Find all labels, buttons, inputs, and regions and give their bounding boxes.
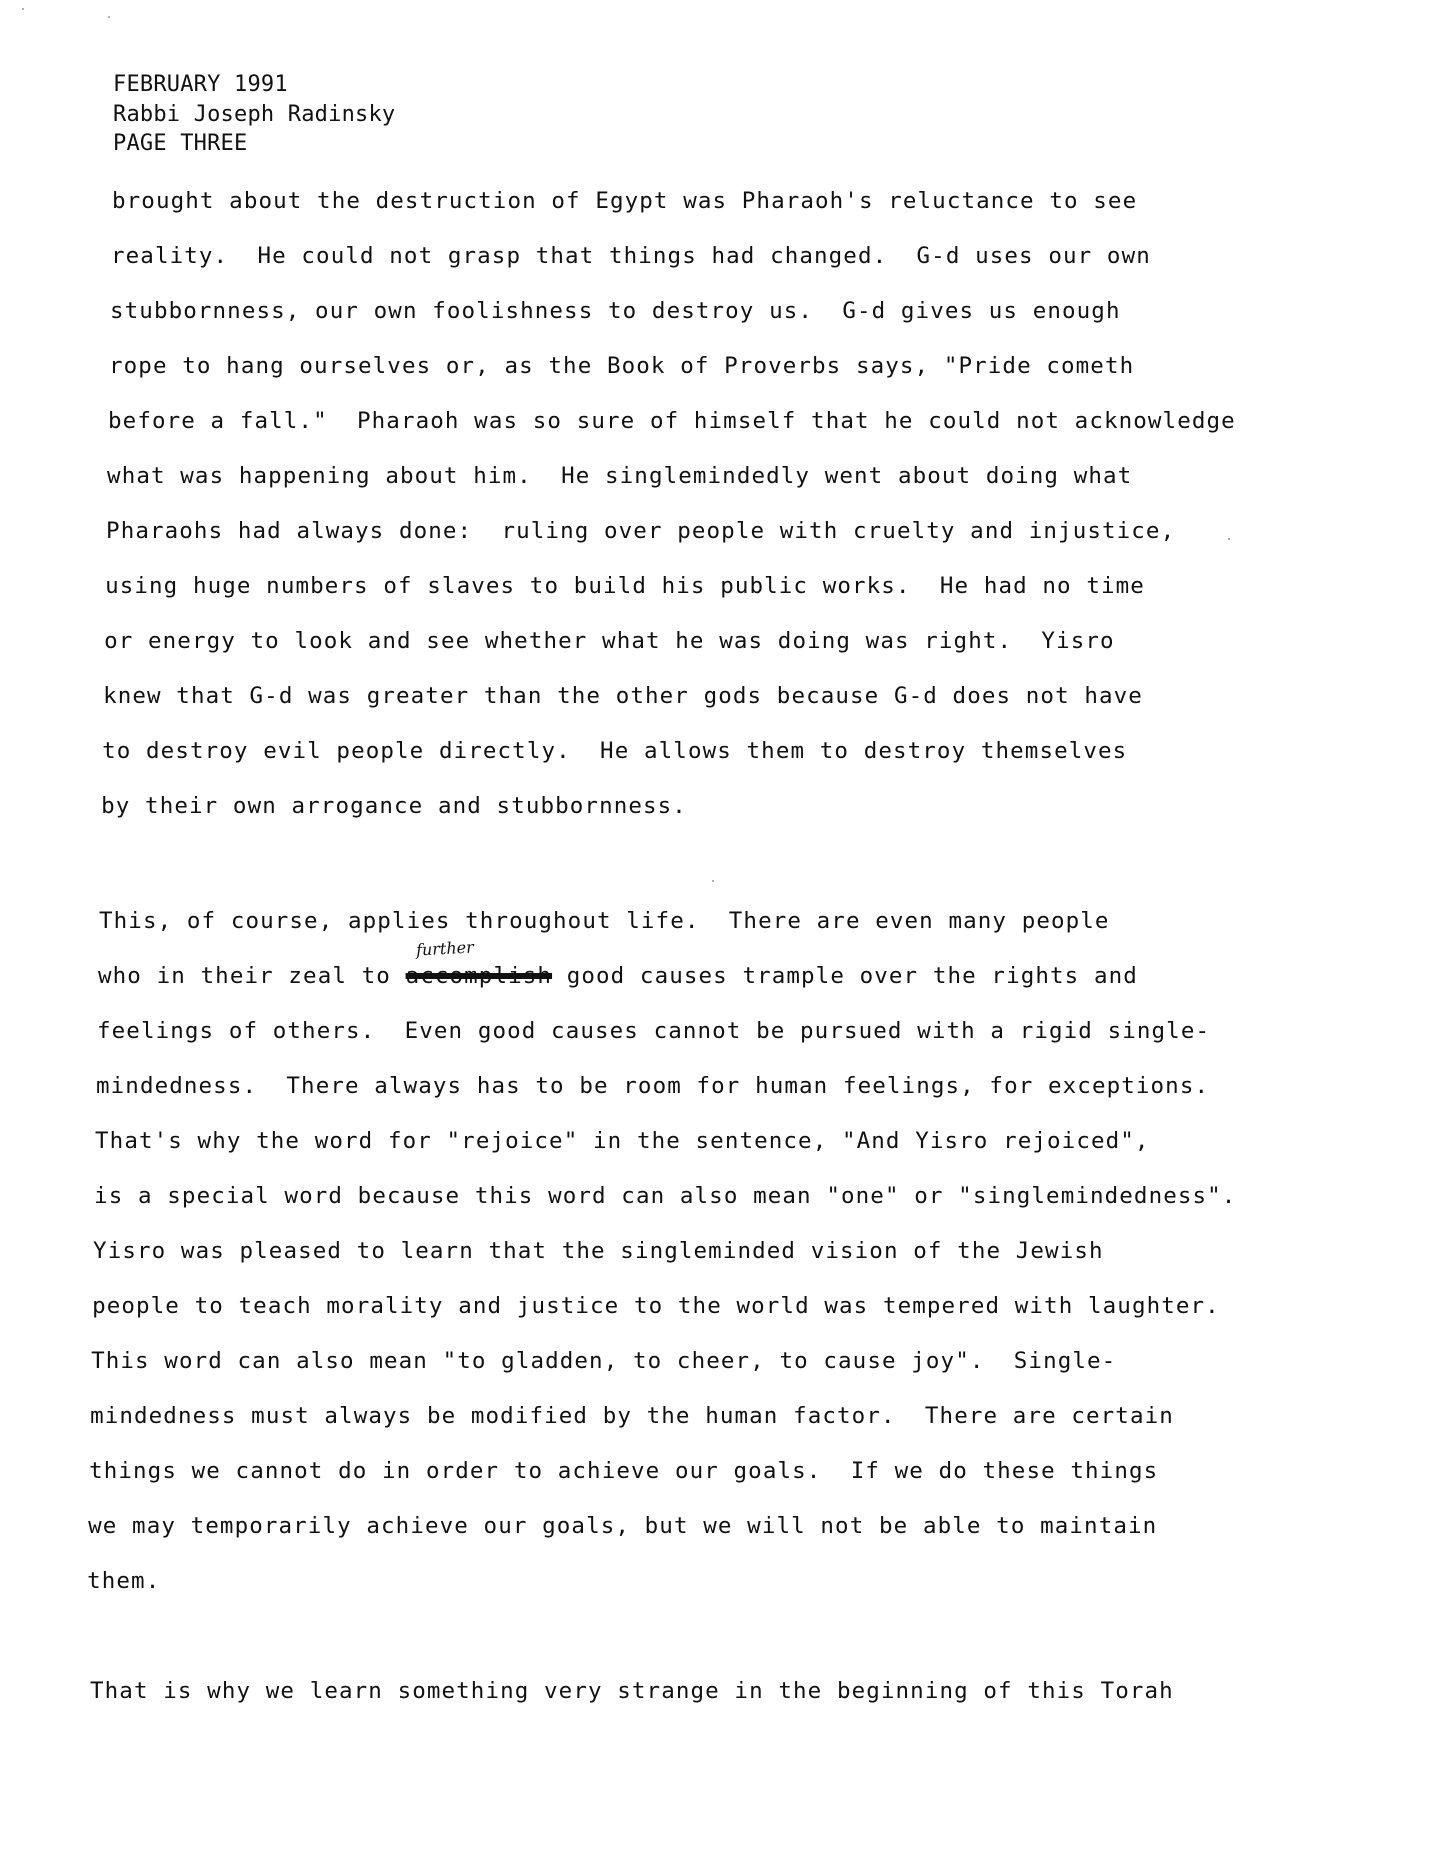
handwritten-edit: accomplishfurther: [406, 963, 552, 989]
text-line: things we cannot do in order to achieve …: [89, 1458, 1158, 1484]
text-segment: good causes trample over the rights and: [552, 963, 1138, 989]
struck-out-word: accomplish: [406, 963, 552, 989]
header-page: PAGE THREE: [113, 131, 247, 156]
scan-speck: [712, 880, 714, 882]
text-line: Pharaohs had always done: ruling over pe…: [106, 518, 1175, 544]
handwritten-annotation: further: [415, 938, 474, 960]
text-line: This, of course, applies throughout life…: [99, 908, 1110, 934]
scan-speck: [1228, 538, 1230, 540]
text-line: mindedness must always be modified by th…: [90, 1403, 1174, 1429]
text-line: rope to hang ourselves or, as the Book o…: [109, 353, 1134, 379]
text-line: That's why the word for "rejoice" in the…: [95, 1128, 1150, 1154]
text-line: This word can also mean "to gladden, to …: [91, 1348, 1116, 1374]
header-date: FEBRUARY 1991: [113, 72, 288, 97]
text-line: brought about the destruction of Egypt w…: [112, 188, 1137, 214]
text-line: using huge numbers of slaves to build hi…: [105, 573, 1145, 599]
text-line: or energy to look and see whether what h…: [104, 628, 1115, 654]
document-page: FEBRUARY 1991 Rabbi Joseph Radinsky PAGE…: [0, 0, 1430, 1851]
text-line: to destroy evil people directly. He allo…: [102, 738, 1127, 764]
text-line: them.: [87, 1568, 160, 1594]
text-line: who in their zeal to accomplishfurther g…: [98, 963, 1138, 989]
text-line: we may temporarily achieve our goals, bu…: [88, 1513, 1157, 1539]
text-line: feelings of others. Even good causes can…: [97, 1018, 1210, 1044]
text-line: people to teach morality and justice to …: [92, 1293, 1220, 1319]
scan-speck: [108, 16, 110, 18]
scan-speck: [22, 8, 24, 10]
text-line: is a special word because this word can …: [94, 1183, 1236, 1209]
text-line: mindedness. There always has to be room …: [96, 1073, 1209, 1099]
text-line: knew that G-d was greater than the other…: [103, 683, 1143, 709]
header-author: Rabbi Joseph Radinsky: [113, 102, 395, 127]
text-line: stubbornness, our own foolishness to des…: [110, 298, 1121, 324]
text-line: reality. He could not grasp that things …: [111, 243, 1151, 269]
text-line: Yisro was pleased to learn that the sing…: [93, 1238, 1104, 1264]
text-line: what was happening about him. He singlem…: [107, 463, 1132, 489]
text-line: That is why we learn something very stra…: [90, 1678, 1174, 1704]
text-segment: who in their zeal to: [98, 963, 406, 989]
text-line: before a fall." Pharaoh was so sure of h…: [108, 408, 1236, 434]
text-line: by their own arrogance and stubbornness.: [101, 793, 687, 819]
